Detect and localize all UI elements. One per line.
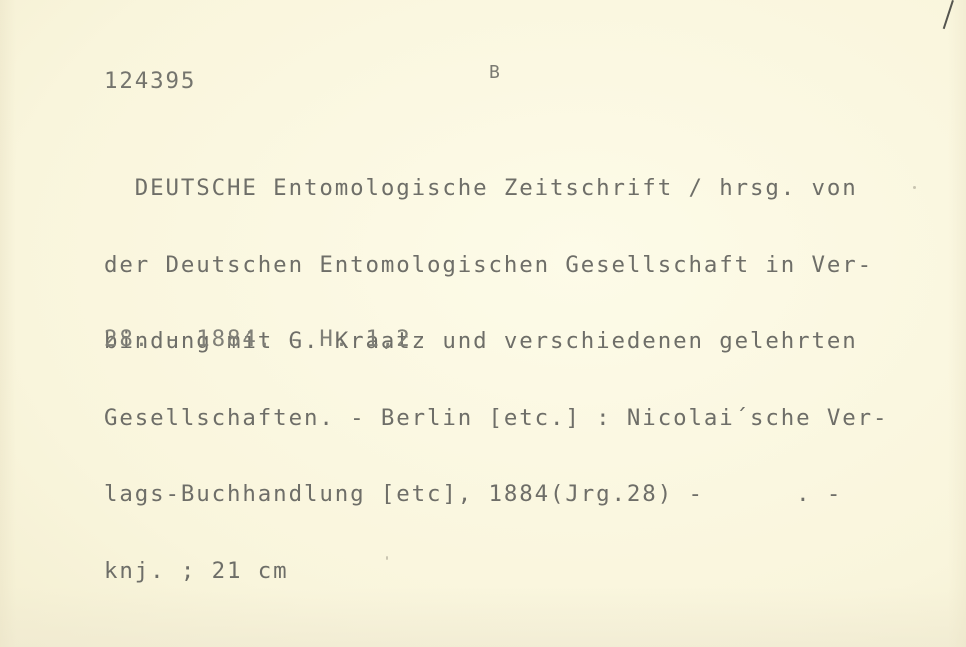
location-mark: B: [489, 60, 502, 86]
entry-line: lags-Buchhandlung [etc], 1884(Jrg.28) - …: [104, 482, 888, 508]
entry-line: der Deutschen Entomologischen Gesellscha…: [104, 253, 888, 279]
catalog-card: 124395 B DEUTSCHE Entomologische Zeitsch…: [0, 0, 966, 647]
pen-mark: [943, 0, 954, 29]
paper-speck: [913, 186, 916, 189]
entry-line: knj. ; 21 cm: [104, 559, 888, 585]
entry-line: DEUTSCHE Entomologische Zeitschrift / hr…: [104, 176, 888, 202]
holdings-statement: 28. - 1884. - H. 1,2: [104, 327, 412, 353]
paper-speck: [386, 556, 388, 560]
bibliographic-entry: DEUTSCHE Entomologische Zeitschrift / hr…: [104, 125, 888, 635]
entry-line: Gesellschaften. - Berlin [etc.] : Nicola…: [104, 406, 888, 432]
accession-number: 124395: [104, 69, 196, 95]
